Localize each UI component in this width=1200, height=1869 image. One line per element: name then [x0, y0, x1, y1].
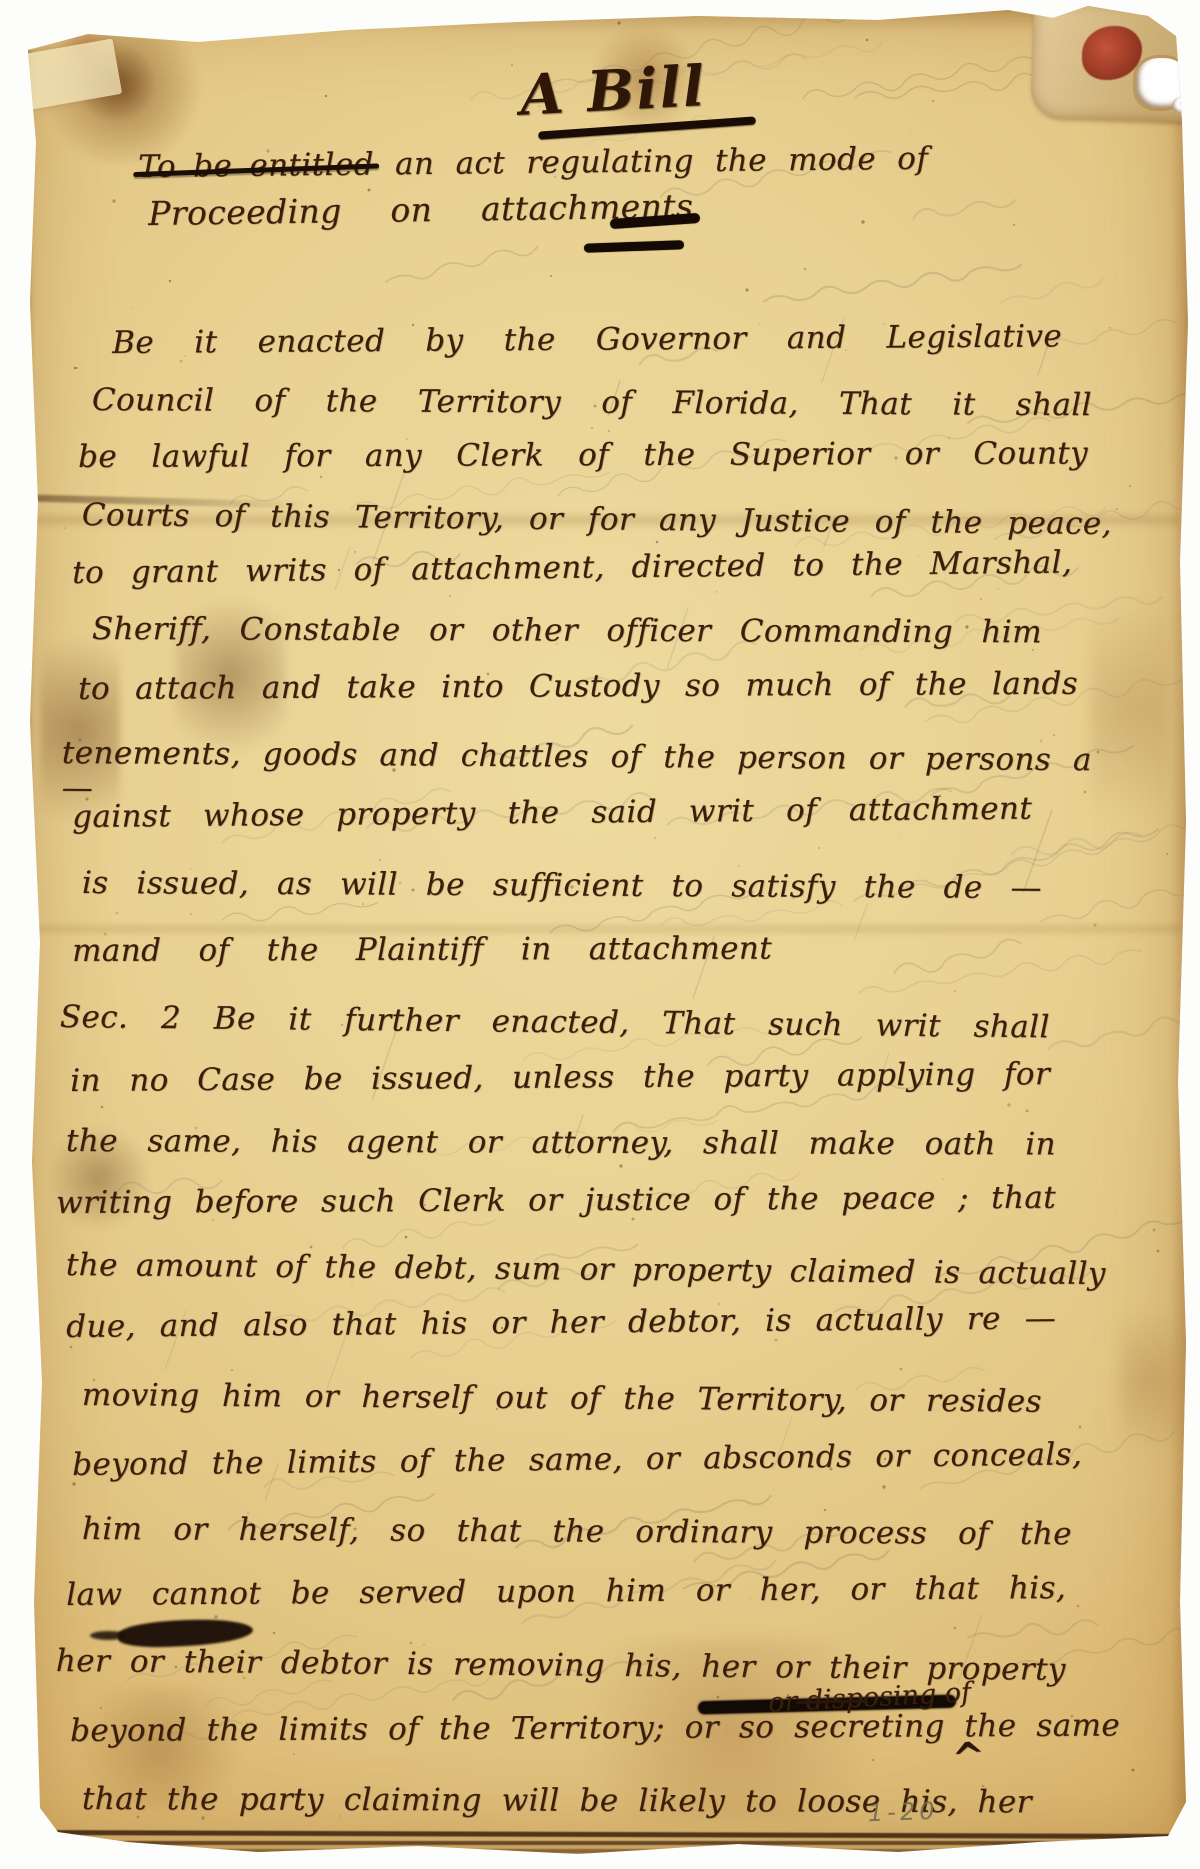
- struck-text: To be entitled: [138, 148, 374, 185]
- handwriting-layer: A Bill To be entitled an act regulating …: [0, 0, 1200, 1869]
- manuscript-line: law cannot be served upon him or her, or…: [66, 1571, 1066, 1613]
- manuscript-line: gainst whose property the said writ of a…: [72, 792, 1032, 835]
- manuscript-line: Council of the Territory of Florida, Tha…: [92, 383, 1092, 423]
- manuscript-line: the amount of the debt, sum or property …: [66, 1248, 1106, 1292]
- pencil-page-number: 1-20: [868, 1797, 939, 1827]
- manuscript-line: Be it enacted by the Governor and Legisl…: [112, 319, 1062, 360]
- manuscript-line: moving him or herself out of the Territo…: [82, 1378, 1042, 1419]
- insertion-caret: ^: [950, 1732, 988, 1782]
- manuscript-line: mand of the Plaintiff in attachment: [72, 932, 772, 969]
- heavy-dash-flourish-2: [584, 240, 684, 252]
- manuscript-line: writing before such Clerk or justice of …: [56, 1181, 1056, 1221]
- manuscript-line: him or herself, so that the ordinary pro…: [82, 1512, 1072, 1552]
- manuscript-line: is issued, as will be sufficient to sati…: [82, 866, 1042, 906]
- manuscript-line: Sheriff, Constable or other officer Comm…: [92, 612, 1042, 650]
- manuscript-line: to grant writs of attachment, directed t…: [72, 546, 1072, 591]
- manuscript-line: the same, his agent or attorney, shall m…: [66, 1124, 1056, 1162]
- subtitle-line: To be entitled an act regulating the mod…: [138, 142, 928, 185]
- manuscript-line: to attach and take into Custody so much …: [78, 667, 1078, 707]
- manuscript-line: Courts of this Territory, or for any Jus…: [82, 498, 1112, 542]
- manuscript-line: beyond the limits of the same, or abscon…: [72, 1437, 1082, 1482]
- manuscript-line: in no Case be issued, unless the party a…: [70, 1057, 1050, 1099]
- scanned-page: A Bill To be entitled an act regulating …: [0, 0, 1200, 1869]
- manuscript-line: be lawful for any Clerk of the Superior …: [78, 436, 1088, 474]
- manuscript-line: Sec. 2 Be it further enacted, That such …: [60, 1000, 1050, 1045]
- subtitle-text: an act regulating the mode of: [374, 141, 929, 183]
- manuscript-line: due, and also that his or her debtor, is…: [66, 1301, 1056, 1344]
- ink-blot-tail: [90, 1631, 126, 1640]
